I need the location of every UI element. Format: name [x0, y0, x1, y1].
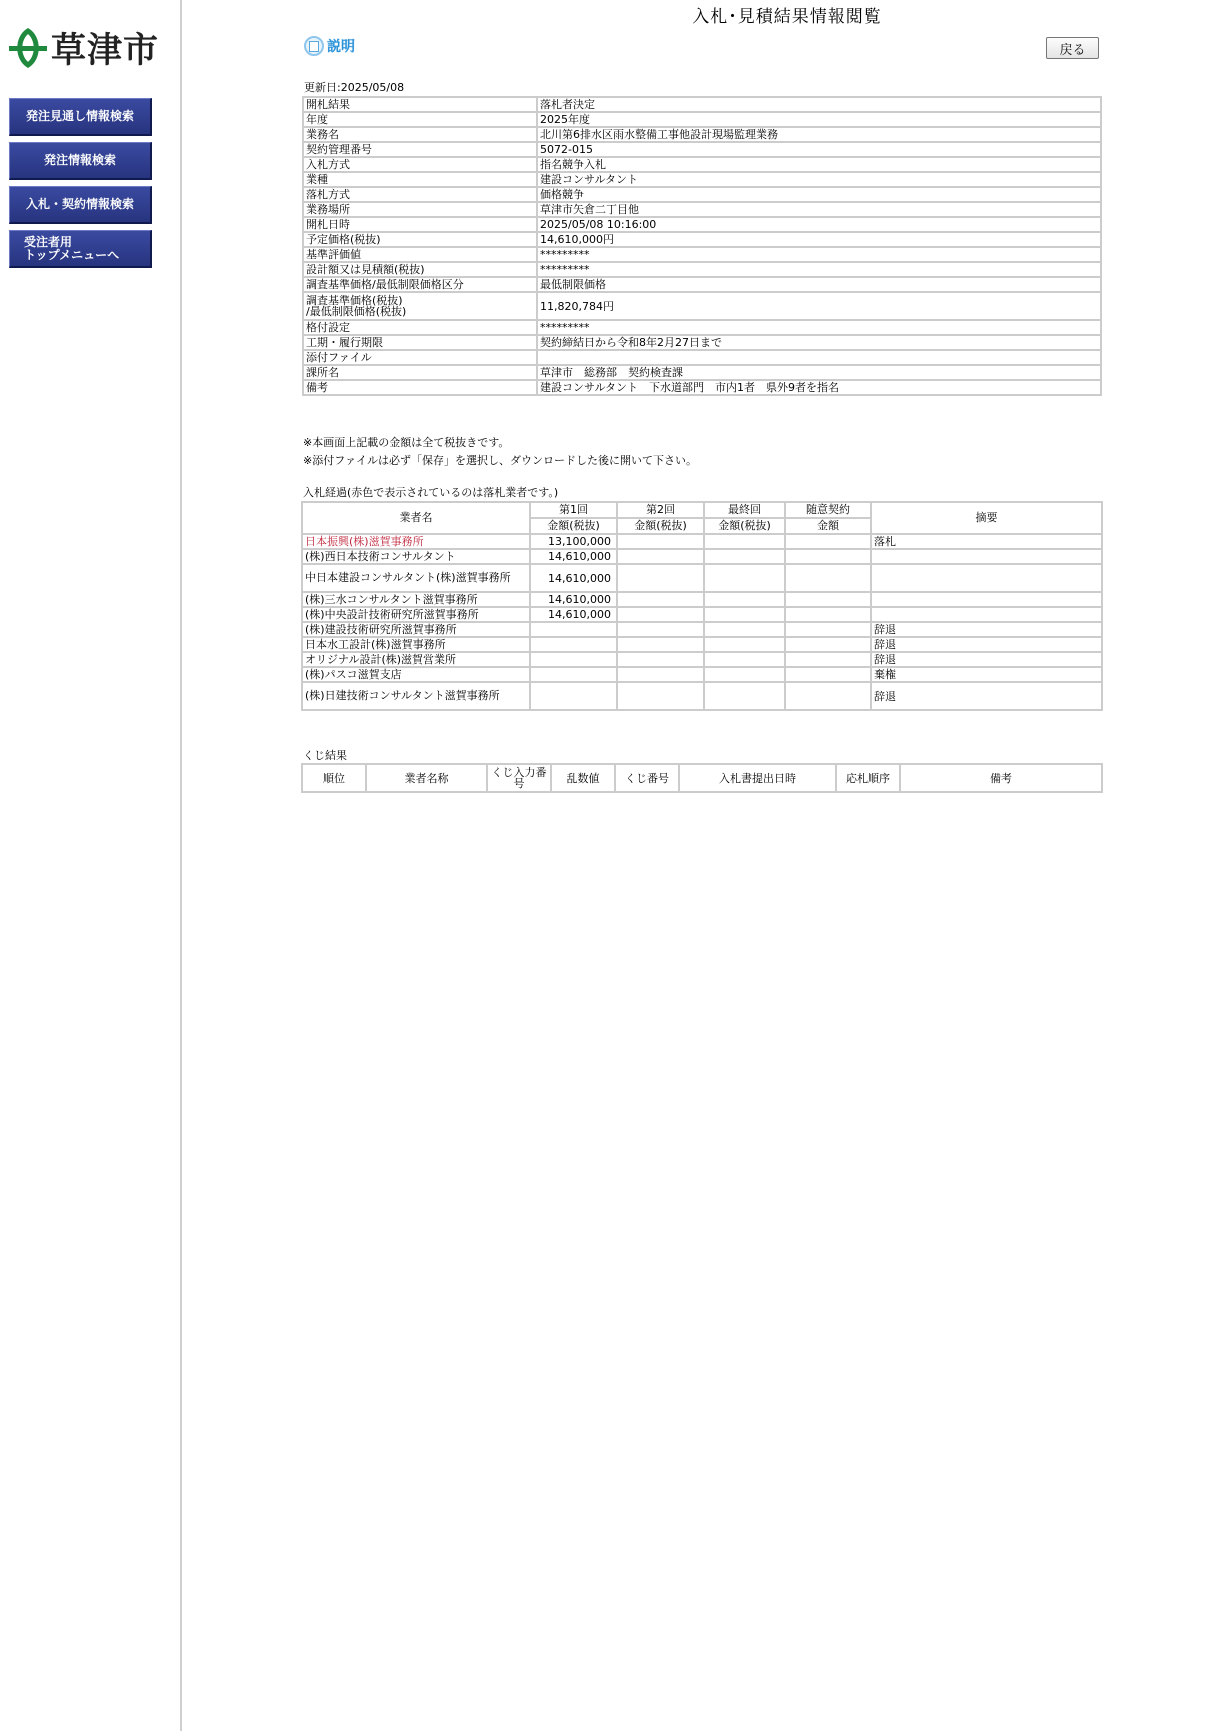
bid-round1 [530, 637, 617, 652]
bid-round2 [617, 592, 704, 607]
lottery-caption: くじ結果 [303, 747, 347, 763]
info-label: 調査基準価格/最低制限価格区分 [303, 277, 537, 292]
bid-round2 [617, 637, 704, 652]
bid-negotiated [785, 592, 871, 607]
city-logo[interactable]: 草津市 [8, 26, 159, 70]
info-label: 開札日時 [303, 217, 537, 232]
bid-summary: 落札 [871, 534, 1102, 549]
info-label: 格付設定 [303, 320, 537, 335]
lottery-col: 備考 [900, 764, 1102, 792]
bid-company: オリジナル設計(株)滋賀営業所 [302, 652, 530, 667]
bid-round1: 14,610,000 [530, 549, 617, 564]
info-value: ********* [537, 320, 1101, 335]
info-row: 設計額又は見積額(税抜)********* [303, 262, 1101, 277]
info-label: 備考 [303, 380, 537, 395]
info-label: 入札方式 [303, 157, 537, 172]
lottery-col: 業者名称 [366, 764, 487, 792]
info-label: 課所名 [303, 365, 537, 380]
info-row: 調査基準価格/最低制限価格区分最低制限価格 [303, 277, 1101, 292]
bid-final [704, 592, 785, 607]
bid-row: (株)中央設計技術研究所滋賀事務所14,610,000 [302, 607, 1102, 622]
info-value: ********* [537, 262, 1101, 277]
bid-negotiated [785, 607, 871, 622]
bid-row: 日本水工設計(株)滋賀事務所辞退 [302, 637, 1102, 652]
info-value: 指名競争入札 [537, 157, 1101, 172]
note-attachment: ※添付ファイルは必ず「保存」を選択し、ダウンロードした後に開いて下さい。 [303, 452, 697, 470]
col-round2: 第2回 [617, 502, 704, 518]
info-label: 調査基準価格(税抜) /最低制限価格(税抜) [303, 292, 537, 320]
bid-info-table: 開札結果落札者決定年度2025年度業務名北川第6排水区雨水整備工事他設計現場監理… [302, 96, 1102, 396]
bid-final [704, 667, 785, 682]
bid-history-caption: 入札経過(赤色で表示されているのは落札業者です。) [303, 484, 558, 500]
bid-negotiated [785, 637, 871, 652]
bid-summary: 辞退 [871, 682, 1102, 710]
bid-round1: 14,610,000 [530, 564, 617, 592]
bid-round1 [530, 622, 617, 637]
info-value: 契約締結日から令和8年2月27日まで [537, 335, 1101, 350]
bid-row: オリジナル設計(株)滋賀営業所辞退 [302, 652, 1102, 667]
info-row: 年度2025年度 [303, 112, 1101, 127]
lottery-col: くじ番号 [615, 764, 679, 792]
col-summary: 摘要 [871, 502, 1102, 534]
lottery-table: 順位業者名称くじ入力番号乱数値くじ番号入札書提出日時応札順序備考 [301, 763, 1103, 793]
col-final: 最終回 [704, 502, 785, 518]
info-value: 価格競争 [537, 187, 1101, 202]
updated-date: 更新日:2025/05/08 [304, 79, 404, 95]
bid-negotiated [785, 564, 871, 592]
bid-summary [871, 549, 1102, 564]
bid-final [704, 607, 785, 622]
info-value: 2025/05/08 10:16:00 [537, 217, 1101, 232]
bid-round1 [530, 652, 617, 667]
lottery-col: くじ入力番号 [487, 764, 551, 792]
bid-final [704, 652, 785, 667]
bid-company: (株)パスコ滋賀支店 [302, 667, 530, 682]
info-row: 契約管理番号5072-015 [303, 142, 1101, 157]
bid-row: (株)日建技術コンサルタント滋賀事務所辞退 [302, 682, 1102, 710]
bid-company: 日本振興(株)滋賀事務所 [302, 534, 530, 549]
info-label: 契約管理番号 [303, 142, 537, 157]
bid-history-table: 業者名 第1回 第2回 最終回 随意契約 摘要 金額(税抜) 金額(税抜) 金額… [301, 501, 1103, 711]
info-label: 業務名 [303, 127, 537, 142]
bid-negotiated [785, 549, 871, 564]
bid-summary [871, 564, 1102, 592]
bid-round1 [530, 682, 617, 710]
note-tax: ※本画面上記載の金額は全て税抜きです。 [303, 434, 697, 452]
col-company: 業者名 [302, 502, 530, 534]
info-row: 業務名北川第6排水区雨水整備工事他設計現場監理業務 [303, 127, 1101, 142]
bid-final [704, 534, 785, 549]
info-row: 備考建設コンサルタント 下水道部門 市内1者 県外9者を指名 [303, 380, 1101, 395]
info-value: 草津市矢倉二丁目他 [537, 202, 1101, 217]
info-label: 添付ファイル [303, 350, 537, 365]
col-round1: 第1回 [530, 502, 617, 518]
bid-row: (株)パスコ滋賀支店棄権 [302, 667, 1102, 682]
info-label: 年度 [303, 112, 537, 127]
info-label: 予定価格(税抜) [303, 232, 537, 247]
bid-row: 日本振興(株)滋賀事務所13,100,000落札 [302, 534, 1102, 549]
nav-bid-contract-search[interactable]: 入札・契約情報検索 [9, 186, 152, 224]
bid-round2 [617, 682, 704, 710]
bid-final [704, 564, 785, 592]
bid-row: 中日本建設コンサルタント(株)滋賀事務所14,610,000 [302, 564, 1102, 592]
info-value: 建設コンサルタント 下水道部門 市内1者 県外9者を指名 [537, 380, 1101, 395]
bid-final [704, 622, 785, 637]
back-button[interactable]: 戻る [1046, 37, 1099, 59]
col-negotiated: 随意契約 [785, 502, 871, 518]
nav-order-info-search[interactable]: 発注情報検索 [9, 142, 152, 180]
bid-row: (株)建設技術研究所滋賀事務所辞退 [302, 622, 1102, 637]
info-row: 開札日時2025/05/08 10:16:00 [303, 217, 1101, 232]
bid-round2 [617, 534, 704, 549]
bid-company: 中日本建設コンサルタント(株)滋賀事務所 [302, 564, 530, 592]
bid-round1: 13,100,000 [530, 534, 617, 549]
info-row: 格付設定********* [303, 320, 1101, 335]
info-label: 工期・履行期限 [303, 335, 537, 350]
city-name: 草津市 [51, 23, 159, 73]
info-row: 課所名草津市 総務部 契約検査課 [303, 365, 1101, 380]
bid-summary [871, 592, 1102, 607]
bid-final [704, 682, 785, 710]
info-row: 工期・履行期限契約締結日から令和8年2月27日まで [303, 335, 1101, 350]
lottery-col: 応札順序 [836, 764, 900, 792]
bid-summary: 辞退 [871, 622, 1102, 637]
nav-order-forecast-search[interactable]: 発注見通し情報検索 [9, 98, 152, 136]
info-value: 建設コンサルタント [537, 172, 1101, 187]
notes: ※本画面上記載の金額は全て税抜きです。 ※添付ファイルは必ず「保存」を選択し、ダ… [303, 434, 697, 470]
bid-round2 [617, 607, 704, 622]
info-value: 11,820,784円 [537, 292, 1101, 320]
bid-round1 [530, 667, 617, 682]
col-round1-amount: 金額(税抜) [530, 518, 617, 534]
bid-round2 [617, 564, 704, 592]
city-emblem-icon [8, 28, 48, 68]
info-value: ********* [537, 247, 1101, 262]
help-document-icon [304, 36, 324, 56]
bid-company: (株)建設技術研究所滋賀事務所 [302, 622, 530, 637]
bid-negotiated [785, 622, 871, 637]
bid-summary: 辞退 [871, 652, 1102, 667]
info-row: 開札結果落札者決定 [303, 97, 1101, 112]
bid-company: (株)西日本技術コンサルタント [302, 549, 530, 564]
info-value [537, 350, 1101, 365]
info-label: 業種 [303, 172, 537, 187]
bid-round2 [617, 652, 704, 667]
bid-negotiated [785, 682, 871, 710]
bid-round1: 14,610,000 [530, 592, 617, 607]
info-label: 業務場所 [303, 202, 537, 217]
info-row: 添付ファイル [303, 350, 1101, 365]
info-value: 14,610,000円 [537, 232, 1101, 247]
bid-negotiated [785, 652, 871, 667]
bid-round2 [617, 622, 704, 637]
bid-summary: 棄権 [871, 667, 1102, 682]
info-row: 予定価格(税抜)14,610,000円 [303, 232, 1101, 247]
bid-company: (株)中央設計技術研究所滋賀事務所 [302, 607, 530, 622]
info-row: 業務場所草津市矢倉二丁目他 [303, 202, 1101, 217]
info-value: 北川第6排水区雨水整備工事他設計現場監理業務 [537, 127, 1101, 142]
bid-summary: 辞退 [871, 637, 1102, 652]
bid-round2 [617, 667, 704, 682]
info-label: 開札結果 [303, 97, 537, 112]
info-label: 基準評価値 [303, 247, 537, 262]
bid-negotiated [785, 667, 871, 682]
bid-round1: 14,610,000 [530, 607, 617, 622]
bid-final [704, 637, 785, 652]
page-title: 入札･見積結果情報閲覧 [597, 2, 977, 27]
bid-summary [871, 607, 1102, 622]
info-label: 落札方式 [303, 187, 537, 202]
lottery-col: 乱数値 [551, 764, 615, 792]
bid-company: (株)日建技術コンサルタント滋賀事務所 [302, 682, 530, 710]
sidebar: 草津市 発注見通し情報検索 発注情報検索 入札・契約情報検索 受注者用 トップメ… [0, 0, 182, 1731]
nav-contractor-top-menu[interactable]: 受注者用 トップメニューへ [9, 230, 152, 268]
info-row: 基準評価値********* [303, 247, 1101, 262]
info-row: 落札方式価格競争 [303, 187, 1101, 202]
bid-negotiated [785, 534, 871, 549]
info-row: 入札方式指名競争入札 [303, 157, 1101, 172]
bid-row: (株)三水コンサルタント滋賀事務所14,610,000 [302, 592, 1102, 607]
help-label: 説明 [327, 36, 355, 56]
help-link[interactable]: 説明 [304, 36, 355, 56]
col-negotiated-amount: 金額 [785, 518, 871, 534]
lottery-col: 順位 [302, 764, 366, 792]
info-row: 業種建設コンサルタント [303, 172, 1101, 187]
info-value: 落札者決定 [537, 97, 1101, 112]
bid-company: (株)三水コンサルタント滋賀事務所 [302, 592, 530, 607]
info-value: 5072-015 [537, 142, 1101, 157]
info-value: 2025年度 [537, 112, 1101, 127]
info-value: 最低制限価格 [537, 277, 1101, 292]
bid-round2 [617, 549, 704, 564]
lottery-col: 入札書提出日時 [679, 764, 836, 792]
col-final-amount: 金額(税抜) [704, 518, 785, 534]
col-round2-amount: 金額(税抜) [617, 518, 704, 534]
info-row: 調査基準価格(税抜) /最低制限価格(税抜)11,820,784円 [303, 292, 1101, 320]
bid-company: 日本水工設計(株)滋賀事務所 [302, 637, 530, 652]
info-value: 草津市 総務部 契約検査課 [537, 365, 1101, 380]
bid-row: (株)西日本技術コンサルタント14,610,000 [302, 549, 1102, 564]
bid-final [704, 549, 785, 564]
info-label: 設計額又は見積額(税抜) [303, 262, 537, 277]
